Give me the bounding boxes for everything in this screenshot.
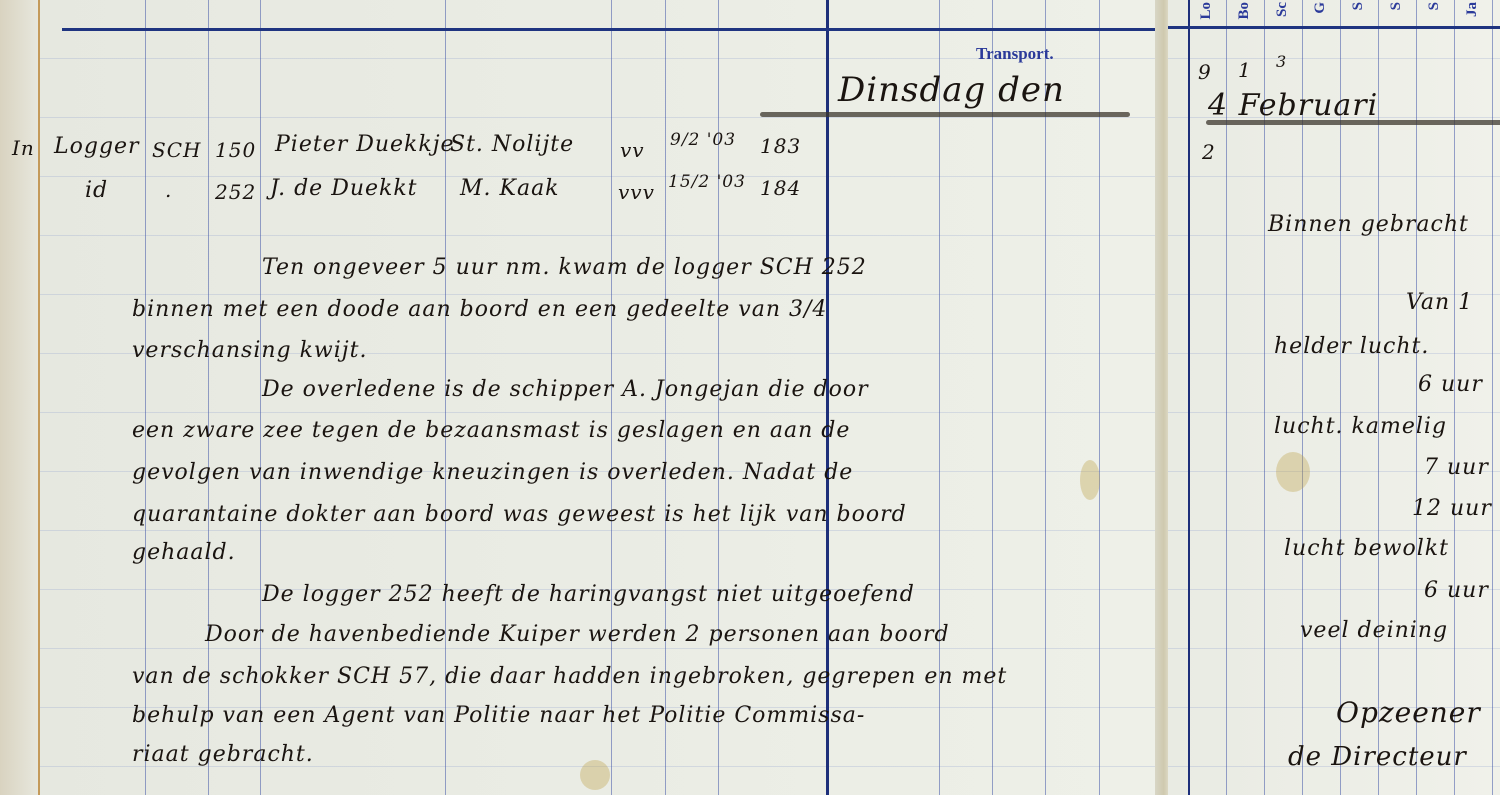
entry-flag: vvv xyxy=(618,180,655,204)
body-line: Door de havenbediende Kuiper werden 2 pe… xyxy=(205,622,950,647)
entry-flag: vv xyxy=(620,138,645,162)
number-value: 9 xyxy=(1198,60,1212,84)
row-number: 2 xyxy=(1202,140,1216,164)
body-line: quarantaine dokter aan boord was geweest… xyxy=(132,502,907,527)
number-value: 1 xyxy=(1238,58,1252,82)
date-underline xyxy=(760,112,1130,117)
header-rule xyxy=(62,28,1160,31)
note-line: veel deining xyxy=(1300,618,1448,643)
left-page: Transport. Dinsdag den In Logger SCH 150… xyxy=(0,0,1160,795)
margin-note: In xyxy=(12,136,35,160)
body-line: verschansing kwijt. xyxy=(132,338,367,363)
column-header: Ja xyxy=(1464,2,1481,17)
body-line: De overledene is de schipper A. Jongejan… xyxy=(262,377,869,402)
body-line: riaat gebracht. xyxy=(132,742,314,767)
column-header: Lo xyxy=(1198,2,1215,20)
body-line: binnen met een doode aan boord en een ge… xyxy=(132,297,827,322)
paper-stain xyxy=(580,760,610,790)
entry-prefix: SCH xyxy=(152,138,201,162)
body-line: een zware zee tegen de bezaansmast is ge… xyxy=(132,418,850,443)
date-underline xyxy=(1206,120,1500,125)
body-line: gehaald. xyxy=(132,540,236,565)
entry-seq: 183 xyxy=(760,134,801,158)
number-value: 3 xyxy=(1276,52,1287,71)
date-heading: Dinsdag den xyxy=(838,70,1065,110)
body-line: Ten ongeveer 5 uur nm. kwam de logger SC… xyxy=(262,255,867,280)
entry-type: id xyxy=(85,178,108,203)
note-line: lucht. kamelig xyxy=(1274,414,1447,439)
body-line: gevolgen van inwendige kneuzingen is ove… xyxy=(132,460,853,485)
column-header: Bo xyxy=(1236,2,1253,20)
entry-date: 9/2 '03 xyxy=(670,130,736,150)
note-line: helder lucht. xyxy=(1274,334,1429,359)
body-line: De logger 252 heeft de haringvangst niet… xyxy=(262,582,915,607)
column-header: G xyxy=(1312,2,1329,14)
signature-line: Opzeener xyxy=(1336,696,1481,729)
body-line: behulp van een Agent van Politie naar he… xyxy=(132,703,865,728)
note-line: 12 uur xyxy=(1412,496,1492,521)
paper-stain xyxy=(1080,460,1100,500)
page-border xyxy=(1188,0,1190,795)
entry-seq: 184 xyxy=(760,176,801,200)
date-line: 4 Februari xyxy=(1208,88,1378,123)
note-line: 6 uur xyxy=(1418,372,1483,397)
page-edge xyxy=(0,0,40,795)
note-line: Van 1 xyxy=(1406,290,1473,315)
note-line: 7 uur xyxy=(1424,455,1489,480)
note-line: lucht bewolkt xyxy=(1284,536,1449,561)
entry-skipper: Pieter Duekkje xyxy=(275,132,455,157)
entry-type: Logger xyxy=(54,134,140,159)
entry-number: 252 xyxy=(215,180,256,204)
header-rule xyxy=(1168,26,1500,29)
column-header: Sc xyxy=(1274,2,1291,17)
paper-stain xyxy=(1276,452,1310,492)
body-line: van de schokker SCH 57, die daar hadden … xyxy=(132,664,1007,689)
right-page: Lo Bo Sc G S S S Ja 9 1 3 4 Februari 2 B… xyxy=(1168,0,1500,795)
printed-header: Transport. xyxy=(976,44,1054,64)
entry-vessel-name: M. Kaak xyxy=(460,176,560,201)
column-header: S xyxy=(1350,2,1367,10)
entry-vessel-name: St. Nolijte xyxy=(450,132,574,157)
column-rule xyxy=(1099,0,1100,795)
signature-line: de Directeur xyxy=(1288,742,1467,772)
note-line: Binnen gebracht xyxy=(1268,212,1469,237)
column-rule xyxy=(1045,0,1046,795)
entry-date: 15/2 '03 xyxy=(668,172,746,192)
note-line: 6 uur xyxy=(1424,578,1489,603)
entry-number: 150 xyxy=(215,138,256,162)
column-header: S xyxy=(1388,2,1405,10)
entry-prefix: . xyxy=(165,178,172,202)
column-header: S xyxy=(1426,2,1443,10)
entry-skipper: J. de Duekkt xyxy=(270,176,418,201)
